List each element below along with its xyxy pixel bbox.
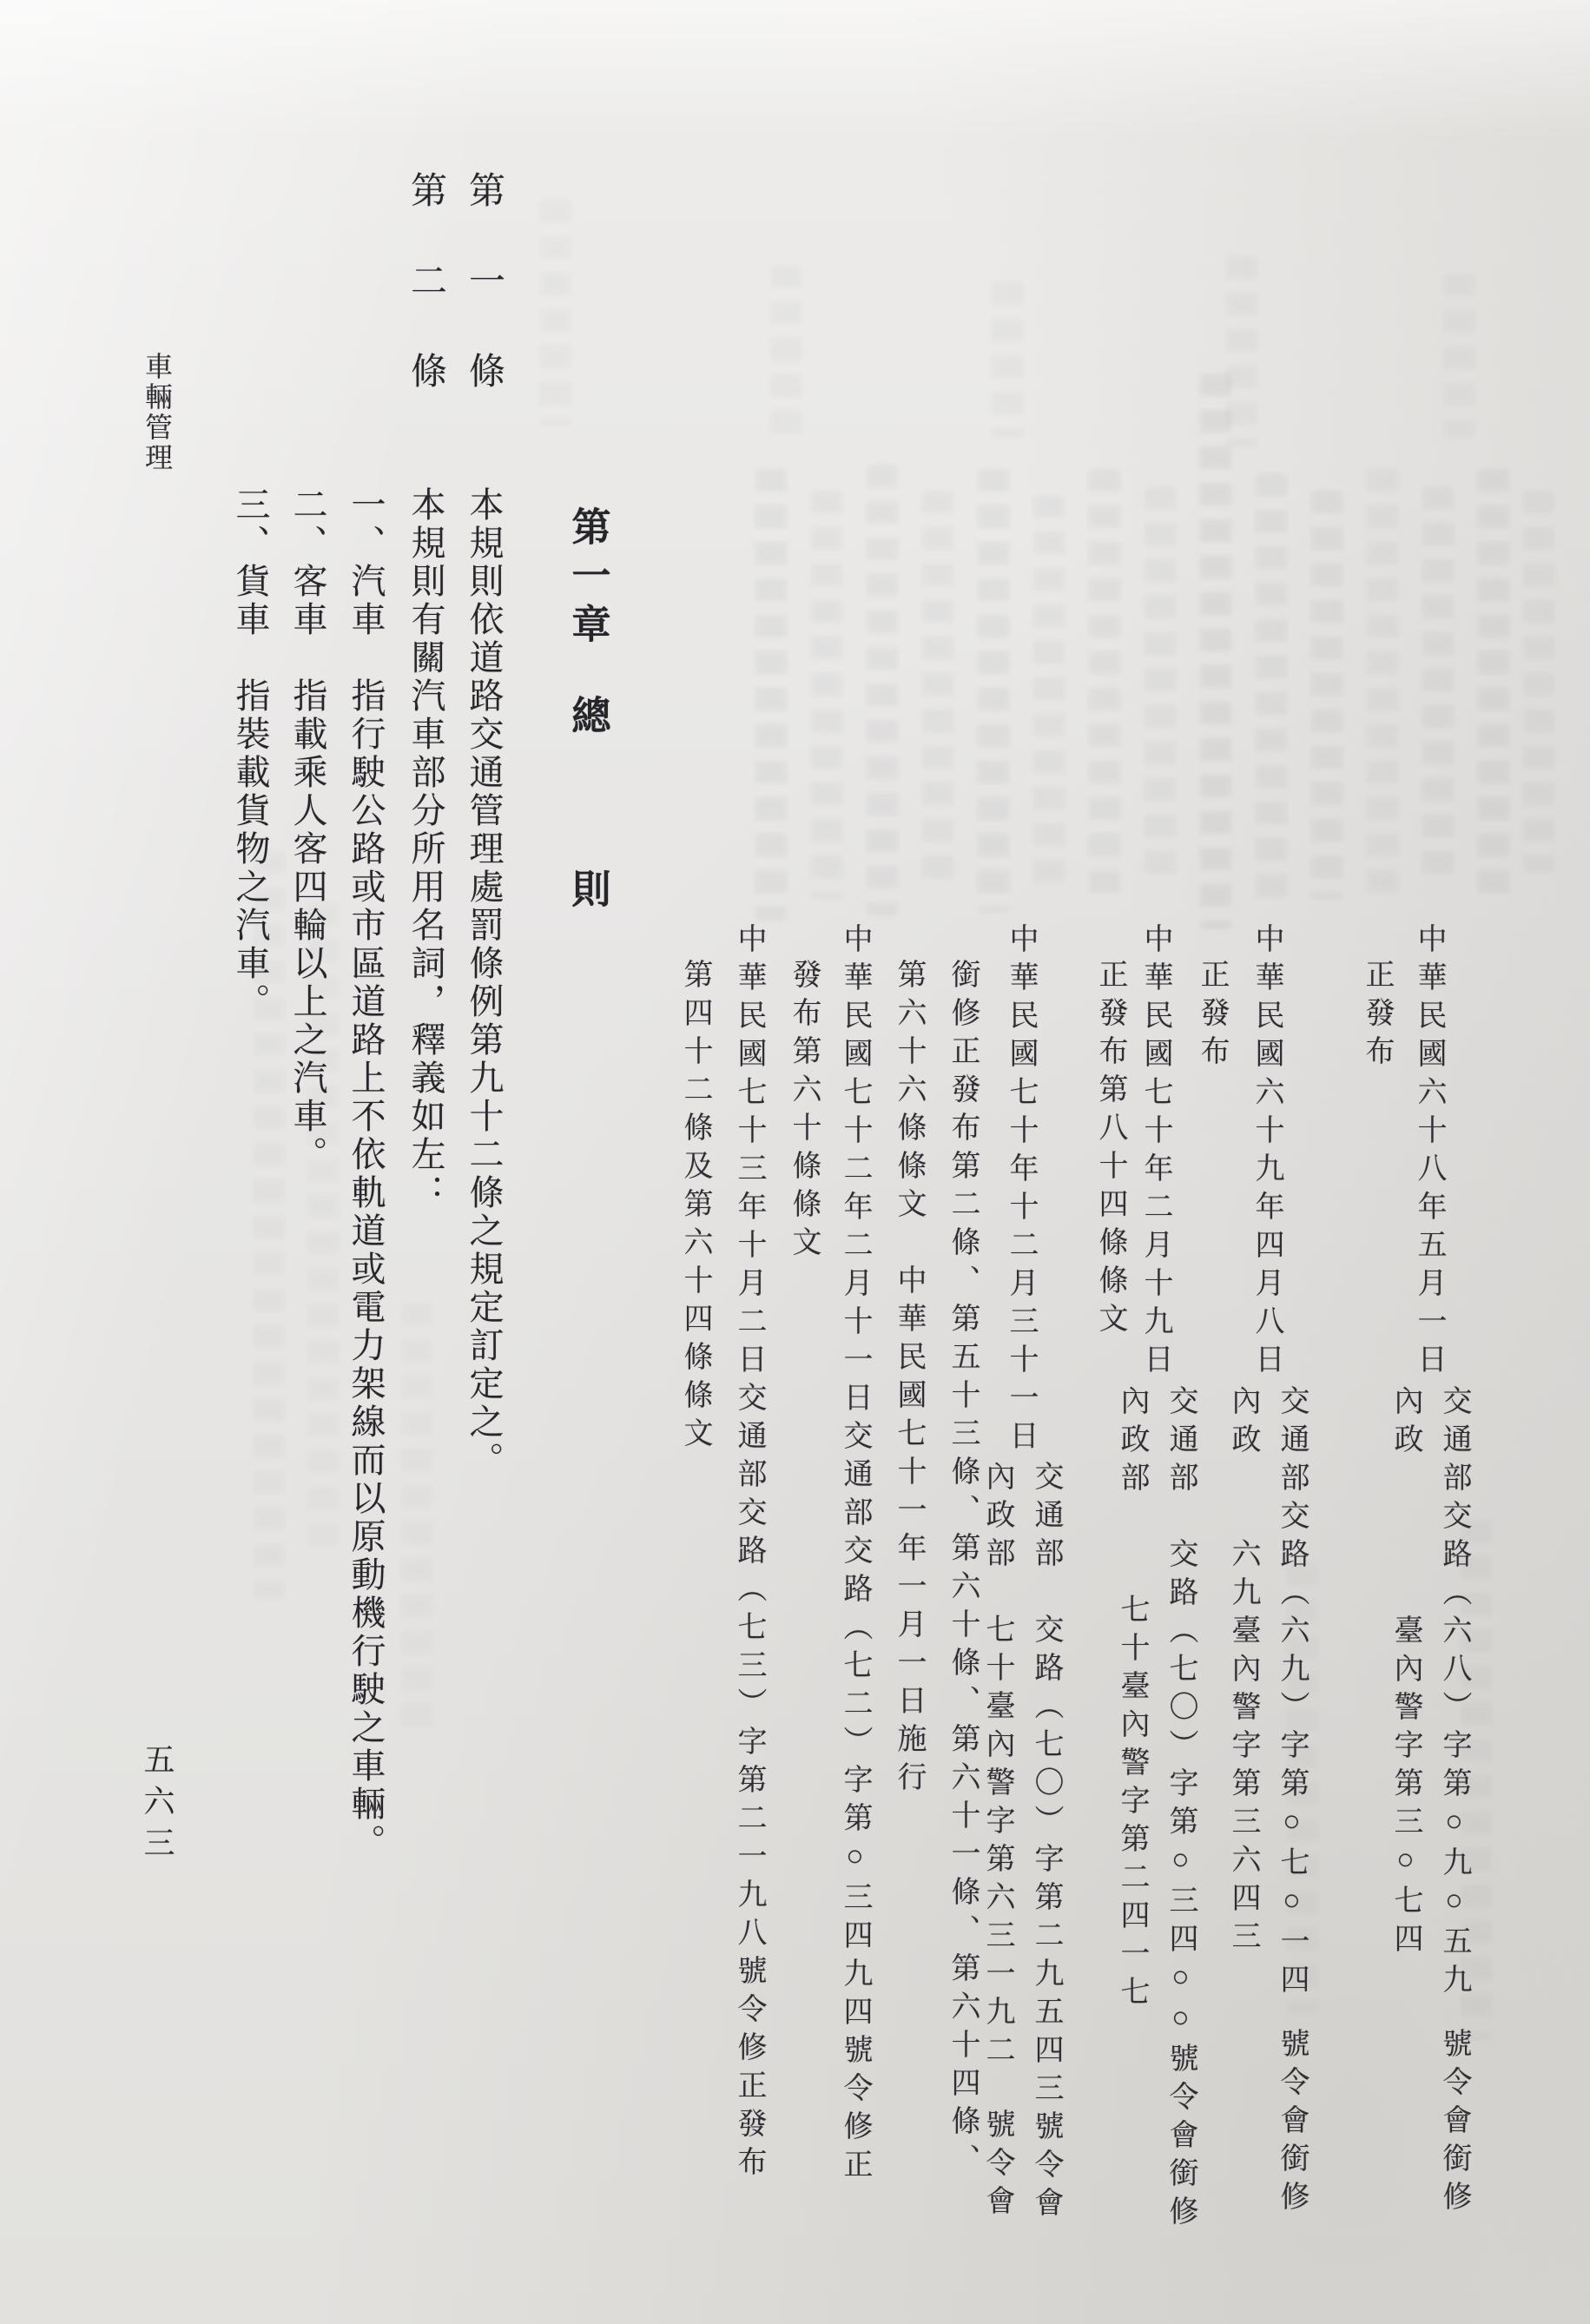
article-1-body: 本規則依道路交通管理處罰條例第九十二條之規定訂定之。 (466, 486, 501, 1480)
amend-4-moi-number: 內政部 七十臺內警字第六三一九二 (982, 1461, 1012, 2072)
chapter-number: 第一章 (568, 506, 607, 652)
amend-4-date: 中華民國七十年十二月三十一日 (1006, 923, 1035, 1458)
article-2-body: 本規則有關汽車部分所用名詞，釋義如左： (408, 486, 443, 1212)
definition-item-2: 二、客車 指載乘人客四輪以上之汽車。 (290, 486, 325, 1174)
article-1-label: 第一條 (465, 171, 502, 442)
amend-2-moc-tail: 號令會銜修 (1277, 2028, 1306, 2219)
chapter-title-first: 總 (568, 695, 607, 743)
amend-3-continuation: 正發布第八十四條條文 (1095, 959, 1125, 1341)
amend-1-continuation: 正發布 (1362, 959, 1391, 1073)
definition-item-3: 三、貨車 指裝載貨物之汽車。 (233, 486, 267, 1021)
article-2-label: 第二條 (407, 171, 444, 442)
amend-3-date: 中華民國七十年二月十九日 (1140, 923, 1170, 1382)
amend-2-continuation: 正發布 (1197, 959, 1226, 1073)
amend-2-moi: 內政 (1228, 1385, 1257, 1462)
amend-6-continuation: 第四十二條及第六十四條條文 (680, 959, 709, 1456)
scanned-page: 車輛管理五六三第一章總則第一條本規則依道路交通管理處罰條例第九十二條之規定訂定之… (0, 0, 1590, 2324)
amend-4-continuation-1: 銜修正發布第二條、第五十三條、第六十條、第六十一條、第六十四條、 (947, 959, 977, 2182)
amend-2-date: 中華民國六十九年四月八日 (1251, 923, 1281, 1382)
amend-2-moi-number: 六九臺內警字第三六四三 (1228, 1538, 1257, 1958)
page-number: 五六三 (142, 1743, 173, 1868)
amend-3-moc-number: 交通部 交路（七〇）字第○三四○○號令會銜修 (1165, 1385, 1195, 2234)
amend-1-moc-number: 交通部交路（六八）字第○九○五九 (1439, 1385, 1468, 2002)
amend-5-continuation: 發布第六十條條文 (788, 959, 818, 1264)
text-layer: 車輛管理五六三第一章總則第一條本規則依道路交通管理處罰條例第九十二條之規定訂定之… (0, 0, 1590, 2324)
chapter-title-second: 則 (568, 868, 607, 917)
amend-6-line: 中華民國七十三年十月二日交通部交路（七三）字第二一九八號令修正發布 (734, 923, 763, 2184)
margin-book-title: 車輛管理 (143, 352, 171, 473)
amend-3-moi-number: 七十臺內警字第二四一七 (1117, 1594, 1146, 2014)
amend-1-moi: 內政 (1390, 1385, 1420, 1462)
definition-item-1: 一、汽車 指行駛公路或市區道路上不依軌道或電力架線而以原動機行駛之車輛。 (348, 486, 383, 1862)
amend-2-moc-number: 交通部交路（六九）字第○七○一四 (1277, 1385, 1306, 2002)
amend-1-moc-tail: 號令會銜修 (1439, 2028, 1468, 2219)
amend-4-continuation-2: 第六十六條條文 中華民國七十一年一月一日施行 (894, 959, 923, 1799)
amend-4-moi-tail: 號令會 (982, 2109, 1012, 2223)
amend-1-date: 中華民國六十八年五月一日 (1414, 923, 1443, 1382)
amend-3-moi: 內政部 (1117, 1385, 1146, 1500)
amend-4-moc-number: 交通部 交路（七〇）字第二九五四三號令會 (1031, 1461, 1060, 2225)
amend-1-moi-number: 臺內警字第三○七四 (1390, 1614, 1420, 1961)
amend-5-line: 中華民國七十二年二月十一日交通部交路（七二）字第○三四九四號令修正 (840, 923, 869, 2187)
